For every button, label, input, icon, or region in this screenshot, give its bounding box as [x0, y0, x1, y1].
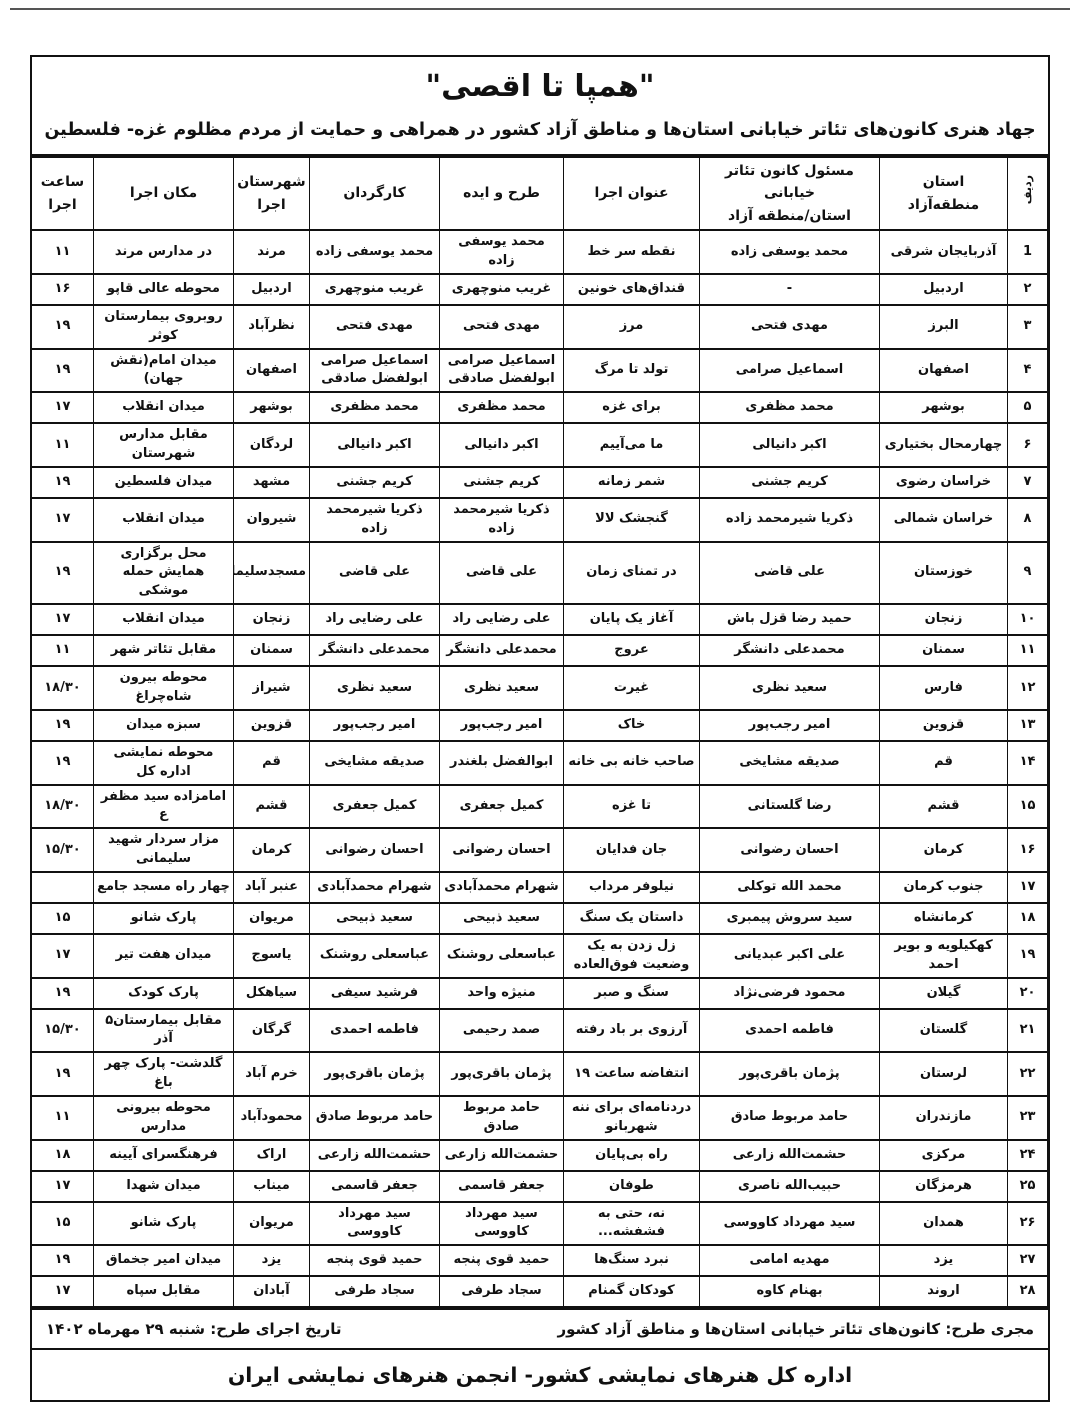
cell-director: عباسعلی روشنک: [310, 934, 440, 978]
cell-city: مشهد: [234, 467, 310, 498]
cell-manager: احسان رضوانی: [700, 828, 880, 872]
column-header-city: شهرستان اجرا: [234, 157, 310, 230]
column-header-venue: مکان اجرا: [94, 157, 234, 230]
footer-organization: اداره کل هنرهای نمایشی کشور- انجمن هنرها…: [32, 1348, 1048, 1400]
cell-title: نقطه سر خط: [564, 230, 700, 274]
cell-title: ما می‌آییم: [564, 423, 700, 467]
cell-city: خرم آباد: [234, 1052, 310, 1096]
cell-idea: امیر رجب‌پور: [440, 710, 564, 741]
cell-venue: محوطه عالی قاپو: [94, 274, 234, 305]
cell-city: قم: [234, 741, 310, 785]
cell-time: ۱۹: [32, 978, 94, 1009]
cell-time: ۱۷: [32, 934, 94, 978]
cell-director: فرشید سیفی: [310, 978, 440, 1009]
cell-manager: مهدی فتحی: [700, 305, 880, 349]
cell-venue: فرهنگسرای آیینه: [94, 1140, 234, 1171]
cell-city: مسجدسلیمان: [234, 542, 310, 605]
table-row: ۲۳مازندرانحامد مربوط صادقدردنامه‌ای برای…: [32, 1096, 1048, 1140]
cell-no: ۲: [1008, 274, 1048, 305]
cell-time: ۱۷: [32, 392, 94, 423]
cell-province: گلستان: [880, 1009, 1008, 1053]
cell-director: اکبر دانیالی: [310, 423, 440, 467]
cell-venue: میدان هفت تیر: [94, 934, 234, 978]
cell-director: شهرام محمدآبادی: [310, 872, 440, 903]
table-row: ۲۷یزدمهدیه امامینبرد سنگ‌هاحمید قوی پنجه…: [32, 1245, 1048, 1276]
cell-city: مرند: [234, 230, 310, 274]
cell-title: صاحب خانه بی خانه: [564, 741, 700, 785]
cell-province: لرستان: [880, 1052, 1008, 1096]
cell-no: ۲۴: [1008, 1140, 1048, 1171]
cell-province: بوشهر: [880, 392, 1008, 423]
cell-idea: کمیل جعفری: [440, 785, 564, 829]
cell-venue: در مدارس مرند: [94, 230, 234, 274]
cell-no: ۱۲: [1008, 666, 1048, 710]
cell-title: برای غزه: [564, 392, 700, 423]
cell-manager: امیر رجب‌پور: [700, 710, 880, 741]
cell-title: تا غزه: [564, 785, 700, 829]
cell-manager: حبیب‌الله ناصری: [700, 1171, 880, 1202]
cell-director: علی رضایی راد: [310, 604, 440, 635]
cell-province: خوزستان: [880, 542, 1008, 605]
cell-time: ۱۸/۳۰: [32, 785, 94, 829]
cell-city: میناب: [234, 1171, 310, 1202]
cell-no: ۲۵: [1008, 1171, 1048, 1202]
cell-director: کمیل جعفری: [310, 785, 440, 829]
cell-time: ۱۷: [32, 1171, 94, 1202]
cell-director: فاطمه احمدی: [310, 1009, 440, 1053]
cell-title: طوفان: [564, 1171, 700, 1202]
page-top-rule: [10, 8, 1070, 10]
table-row: ۳البرزمهدی فتحیمرزمهدی فتحیمهدی فتحینظرآ…: [32, 305, 1048, 349]
cell-manager: سید مهرداد کاووسی: [700, 1202, 880, 1246]
cell-manager: محمدعلی دانشگر: [700, 635, 880, 666]
cell-manager: اکبر دانیالی: [700, 423, 880, 467]
cell-no: ۳: [1008, 305, 1048, 349]
cell-province: آذربایجان شرقی: [880, 230, 1008, 274]
cell-venue: مقابل مدارس شهرستان: [94, 423, 234, 467]
table-row: ۱۷جنوب کرمانمحمد الله توکلینیلوفر مردابش…: [32, 872, 1048, 903]
document-sheet: "همپا تا اقصی" جهاد هنری کانون‌های تئاتر…: [30, 55, 1050, 1402]
cell-venue: میدان فلسطین: [94, 467, 234, 498]
cell-no: ۲۰: [1008, 978, 1048, 1009]
cell-venue: گلدشت- پارک چهر باغ: [94, 1052, 234, 1096]
cell-province: مازندران: [880, 1096, 1008, 1140]
cell-city: یزد: [234, 1245, 310, 1276]
cell-time: ۱۱: [32, 230, 94, 274]
cell-idea: کریم جشنی: [440, 467, 564, 498]
table-row: ۱۸کرمانشاهسید سروش پیمبریداستان یک سنگسع…: [32, 903, 1048, 934]
cell-idea: سید مهرداد کاووسی: [440, 1202, 564, 1246]
cell-time: ۱۹: [32, 1052, 94, 1096]
cell-no: ۲۸: [1008, 1276, 1048, 1307]
footer-executor: مجری طرح: کانون‌های تئاتر خیابانی استان‌…: [557, 1320, 1034, 1338]
header-row: ردیفاستان منطقه‌آزادمسئول کانون تئاتر خی…: [32, 157, 1048, 230]
cell-venue: روبروی بیمارستان کوثر: [94, 305, 234, 349]
cell-venue: میدان انقلاب: [94, 604, 234, 635]
table-row: ۲۲لرستانپژمان باقری‌پورانتفاضه ساعت ۱۹پژ…: [32, 1052, 1048, 1096]
cell-idea: محمد یوسفی زاده: [440, 230, 564, 274]
cell-time: ۱۵: [32, 1202, 94, 1246]
cell-idea: جعفر قاسمی: [440, 1171, 564, 1202]
cell-manager: رضا گلستانی: [700, 785, 880, 829]
cell-no: ۲۷: [1008, 1245, 1048, 1276]
cell-director: سید مهرداد کاووسی: [310, 1202, 440, 1246]
cell-manager: اسماعیل صرامی: [700, 349, 880, 393]
column-header-director: کارگردان: [310, 157, 440, 230]
cell-no: ۱۹: [1008, 934, 1048, 978]
cell-city: زنجان: [234, 604, 310, 635]
cell-city: قشم: [234, 785, 310, 829]
cell-title: مرز: [564, 305, 700, 349]
cell-director: امیر رجب‌پور: [310, 710, 440, 741]
table-row: ۲۰گیلانمحمود فرضی‌نژادسنگ و صبرمنیژه واح…: [32, 978, 1048, 1009]
cell-province: کرمان: [880, 828, 1008, 872]
cell-time: ۱۹: [32, 710, 94, 741]
table-row: ۲۱گلستانفاطمه احمدیآرزوی بر باد رفتهصمد …: [32, 1009, 1048, 1053]
cell-venue: محوطه نمایشی اداره کل: [94, 741, 234, 785]
cell-idea: صمد رحیمی: [440, 1009, 564, 1053]
cell-time: ۱۸: [32, 1140, 94, 1171]
cell-time: [32, 872, 94, 903]
cell-no: ۲۳: [1008, 1096, 1048, 1140]
cell-title: نبرد سنگ‌ها: [564, 1245, 700, 1276]
cell-no: 1: [1008, 230, 1048, 274]
cell-idea: سعید ذبیحی: [440, 903, 564, 934]
cell-title: راه بی‌پایان: [564, 1140, 700, 1171]
cell-title: نه، حتی به فشفشه...: [564, 1202, 700, 1246]
column-header-manager: مسئول کانون تئاتر خیابانی استان/منطقه آز…: [700, 157, 880, 230]
cell-province: البرز: [880, 305, 1008, 349]
cell-idea: منیژه واحد: [440, 978, 564, 1009]
cell-idea: ابوالفضل بلغندر: [440, 741, 564, 785]
cell-city: گرگان: [234, 1009, 310, 1053]
cell-province: کرمانشاه: [880, 903, 1008, 934]
cell-director: محمدعلی دانشگر: [310, 635, 440, 666]
cell-idea: سجاد طرفی: [440, 1276, 564, 1307]
cell-idea: اسماعیل صرامی ابولفضل صادقی: [440, 349, 564, 393]
cell-time: ۱۹: [32, 741, 94, 785]
table-row: ۲۶همدانسید مهرداد کاووسینه، حتی به فشفشه…: [32, 1202, 1048, 1246]
cell-director: اسماعیل صرامی ابولفضل صادقی: [310, 349, 440, 393]
cell-manager: مهدیه امامی: [700, 1245, 880, 1276]
cell-province: جنوب کرمان: [880, 872, 1008, 903]
cell-venue: محل برگزاری همایش حمله موشکی: [94, 542, 234, 605]
cell-province: اروند: [880, 1276, 1008, 1307]
cell-idea: حامد مربوط صادق: [440, 1096, 564, 1140]
cell-title: سنگ و صبر: [564, 978, 700, 1009]
cell-idea: علی قاضی: [440, 542, 564, 605]
cell-title: خاک: [564, 710, 700, 741]
cell-province: اردبیل: [880, 274, 1008, 305]
cell-venue: امامزاده سید مظفر ع: [94, 785, 234, 829]
page-subtitle: جهاد هنری کانون‌های تئاتر خیابانی استان‌…: [38, 120, 1042, 140]
cell-idea: شهرام محمدآبادی: [440, 872, 564, 903]
table-row: ۶چهارمحال بختیاریاکبر دانیالیما می‌آییما…: [32, 423, 1048, 467]
cell-manager: ذکریا شیرمحمد زاده: [700, 498, 880, 542]
cell-title: تولد تا مرگ: [564, 349, 700, 393]
cell-province: همدان: [880, 1202, 1008, 1246]
table-row: ۲۴مرکزیحشمت‌الله زارعیراه بی‌پایانحشمت‌ا…: [32, 1140, 1048, 1171]
cell-title: دردنامه‌ای برای ننه شهربانو: [564, 1096, 700, 1140]
cell-time: ۱۹: [32, 1245, 94, 1276]
cell-time: ۱۵/۳۰: [32, 1009, 94, 1053]
cell-idea: احسان رضوانی: [440, 828, 564, 872]
cell-time: ۱۵: [32, 903, 94, 934]
cell-venue: محوطه بیرونی مدارس: [94, 1096, 234, 1140]
cell-title: زل زدن به یک وضعیت فوق‌العاده: [564, 934, 700, 978]
cell-city: عنبر آباد: [234, 872, 310, 903]
cell-no: ۱۷: [1008, 872, 1048, 903]
cell-idea: محمدعلی دانشگر: [440, 635, 564, 666]
table-row: ۷خراسان رضویکریم جشنیشمر زمانهکریم جشنیک…: [32, 467, 1048, 498]
table-row: ۹خوزستانعلی قاضیدر تمنای زمانعلی قاضیعلی…: [32, 542, 1048, 605]
table-row: ۱۲فارسسعید نظریغیرتسعید نظریسعید نظریشیر…: [32, 666, 1048, 710]
column-header-time: ساعت اجرا: [32, 157, 94, 230]
cell-time: ۱۷: [32, 604, 94, 635]
cell-time: ۱۵/۳۰: [32, 828, 94, 872]
cell-title: جان فدایان: [564, 828, 700, 872]
cell-manager: سید سروش پیمبری: [700, 903, 880, 934]
cell-venue: میدان امیر جخماق: [94, 1245, 234, 1276]
cell-title: داستان یک سنگ: [564, 903, 700, 934]
cell-idea: عباسعلی روشنک: [440, 934, 564, 978]
cell-director: جعفر قاسمی: [310, 1171, 440, 1202]
cell-no: ۶: [1008, 423, 1048, 467]
cell-no: ۱۰: [1008, 604, 1048, 635]
cell-province: سمنان: [880, 635, 1008, 666]
table-row: ۱۹کهکیلویه و بویر احمدعلی اکبر عبدیانیزل…: [32, 934, 1048, 978]
cell-city: اردبیل: [234, 274, 310, 305]
cell-manager: علی قاضی: [700, 542, 880, 605]
cell-director: حامد مربوط صادق: [310, 1096, 440, 1140]
cell-director: پژمان باقری‌پور: [310, 1052, 440, 1096]
table-row: ۲اردبیل-قنداق‌های خونینغریب منوچهریغریب …: [32, 274, 1048, 305]
cell-city: یاسوج: [234, 934, 310, 978]
cell-director: احسان رضوانی: [310, 828, 440, 872]
cell-idea: مهدی فتحی: [440, 305, 564, 349]
cell-manager: محمود فرضی‌نژاد: [700, 978, 880, 1009]
cell-province: گیلان: [880, 978, 1008, 1009]
cell-venue: سبزه میدان: [94, 710, 234, 741]
cell-director: سجاد طرفی: [310, 1276, 440, 1307]
cell-no: ۲۶: [1008, 1202, 1048, 1246]
cell-director: محمد مظفری: [310, 392, 440, 423]
title-block: "همپا تا اقصی" جهاد هنری کانون‌های تئاتر…: [32, 57, 1048, 156]
cell-time: ۱۱: [32, 635, 94, 666]
table-row: ۵بوشهرمحمد مظفریبرای غزهمحمد مظفریمحمد م…: [32, 392, 1048, 423]
cell-no: ۲۱: [1008, 1009, 1048, 1053]
cell-no: ۲۲: [1008, 1052, 1048, 1096]
cell-city: محمودآباد: [234, 1096, 310, 1140]
cell-venue: محوطه بیرون شاه‌چراغ: [94, 666, 234, 710]
cell-venue: میدان انقلاب: [94, 498, 234, 542]
cell-no: ۱۶: [1008, 828, 1048, 872]
cell-venue: پارک شانو: [94, 1202, 234, 1246]
cell-manager: -: [700, 274, 880, 305]
cell-manager: حشمت‌الله زارعی: [700, 1140, 880, 1171]
column-header-idea: طرح و ایده: [440, 157, 564, 230]
cell-venue: چهار راه مسجد جامع: [94, 872, 234, 903]
cell-venue: میدان انقلاب: [94, 392, 234, 423]
table-row: ۱۱سمنانمحمدعلی دانشگرعروجمحمدعلی دانشگرم…: [32, 635, 1048, 666]
cell-no: ۱۱: [1008, 635, 1048, 666]
cell-no: ۵: [1008, 392, 1048, 423]
cell-venue: پارک شانو: [94, 903, 234, 934]
cell-city: اصفهان: [234, 349, 310, 393]
table-row: ۲۸اروندبهنام کاوهکودکان گمنامسجاد طرفیسج…: [32, 1276, 1048, 1307]
cell-city: نظرآباد: [234, 305, 310, 349]
cell-no: ۱۴: [1008, 741, 1048, 785]
cell-venue: میدان امام(نقش جهان): [94, 349, 234, 393]
cell-province: فارس: [880, 666, 1008, 710]
cell-venue: پارک کودک: [94, 978, 234, 1009]
table-row: ۱۶کرماناحسان رضوانیجان فدایاناحسان رضوان…: [32, 828, 1048, 872]
cell-venue: میدان شهدا: [94, 1171, 234, 1202]
cell-director: کریم جشنی: [310, 467, 440, 498]
table-row: ۴اصفهاناسماعیل صرامیتولد تا مرگاسماعیل ص…: [32, 349, 1048, 393]
table-row: 1آذربایجان شرقیمحمد یوسفی زادهنقطه سر خط…: [32, 230, 1048, 274]
cell-title: آغاز یک پایان: [564, 604, 700, 635]
cell-idea: غریب منوچهری: [440, 274, 564, 305]
cell-city: قزوین: [234, 710, 310, 741]
column-header-no: ردیف: [1008, 157, 1048, 230]
cell-province: خراسان رضوی: [880, 467, 1008, 498]
cell-province: کهکیلویه و بویر احمد: [880, 934, 1008, 978]
cell-manager: بهنام کاوه: [700, 1276, 880, 1307]
cell-time: ۱۱: [32, 423, 94, 467]
page-title: "همپا تا اقصی": [38, 67, 1042, 106]
cell-province: هرمزگان: [880, 1171, 1008, 1202]
cell-title: در تمنای زمان: [564, 542, 700, 605]
cell-title: غیرت: [564, 666, 700, 710]
cell-manager: حامد مربوط صادق: [700, 1096, 880, 1140]
cell-venue: مقابل تئاتر شهر: [94, 635, 234, 666]
cell-province: یزد: [880, 1245, 1008, 1276]
table-row: ۱۴قمصدیقه مشایخیصاحب خانه بی خانهابوالفض…: [32, 741, 1048, 785]
cell-province: زنجان: [880, 604, 1008, 635]
cell-no: ۱۸: [1008, 903, 1048, 934]
cell-manager: حمید رضا قزل باش: [700, 604, 880, 635]
cell-title: انتفاضه ساعت ۱۹: [564, 1052, 700, 1096]
cell-no: ۹: [1008, 542, 1048, 605]
cell-time: ۱۷: [32, 1276, 94, 1307]
table-row: ۸خراسان شمالیذکریا شیرمحمد زادهگنجشک لال…: [32, 498, 1048, 542]
cell-time: ۱۹: [32, 349, 94, 393]
cell-director: ذکریا شیرمحمد زاده: [310, 498, 440, 542]
cell-time: ۱۸/۳۰: [32, 666, 94, 710]
cell-title: کودکان گمنام: [564, 1276, 700, 1307]
cell-director: غریب منوچهری: [310, 274, 440, 305]
cell-title: شمر زمانه: [564, 467, 700, 498]
cell-director: حمید قوی پنجه: [310, 1245, 440, 1276]
cell-manager: محمد مظفری: [700, 392, 880, 423]
cell-city: شیراز: [234, 666, 310, 710]
cell-title: قنداق‌های خونین: [564, 274, 700, 305]
cell-director: سعید ذبیحی: [310, 903, 440, 934]
cell-idea: سعید نظری: [440, 666, 564, 710]
cell-city: لردگان: [234, 423, 310, 467]
cell-manager: سعید نظری: [700, 666, 880, 710]
cell-manager: محمد الله توکلی: [700, 872, 880, 903]
cell-director: محمد یوسفی زاده: [310, 230, 440, 274]
cell-city: سیاهکل: [234, 978, 310, 1009]
footer-date: تاریخ اجرای طرح: شنبه ۲۹ مهرماه ۱۴۰۲: [46, 1320, 341, 1338]
cell-province: اصفهان: [880, 349, 1008, 393]
cell-idea: محمد مظفری: [440, 392, 564, 423]
cell-city: مریوان: [234, 1202, 310, 1246]
table-row: ۱۳قزوینامیر رجب‌پورخاکامیر رجب‌پورامیر ر…: [32, 710, 1048, 741]
cell-director: مهدی فتحی: [310, 305, 440, 349]
cell-idea: علی رضایی راد: [440, 604, 564, 635]
cell-title: آرزوی بر باد رفته: [564, 1009, 700, 1053]
cell-province: قشم: [880, 785, 1008, 829]
cell-province: قزوین: [880, 710, 1008, 741]
cell-manager: پژمان باقری‌پور: [700, 1052, 880, 1096]
cell-no: ۱۵: [1008, 785, 1048, 829]
cell-director: صدیقه مشایخی: [310, 741, 440, 785]
cell-city: بوشهر: [234, 392, 310, 423]
cell-manager: علی اکبر عبدیانی: [700, 934, 880, 978]
cell-time: ۱۷: [32, 498, 94, 542]
table-body: 1آذربایجان شرقیمحمد یوسفی زادهنقطه سر خط…: [32, 230, 1048, 1307]
cell-director: حشمت‌الله زارعی: [310, 1140, 440, 1171]
cell-city: شیروان: [234, 498, 310, 542]
cell-province: خراسان شمالی: [880, 498, 1008, 542]
table-header: ردیفاستان منطقه‌آزادمسئول کانون تئاتر خی…: [32, 157, 1048, 230]
footer-row: مجری طرح: کانون‌های تئاتر خیابانی استان‌…: [32, 1308, 1048, 1348]
cell-manager: محمد یوسفی زاده: [700, 230, 880, 274]
cell-time: ۱۹: [32, 467, 94, 498]
cell-title: نیلوفر مرداب: [564, 872, 700, 903]
cell-city: آبادان: [234, 1276, 310, 1307]
cell-manager: صدیقه مشایخی: [700, 741, 880, 785]
cell-province: قم: [880, 741, 1008, 785]
cell-idea: حمید قوی پنجه: [440, 1245, 564, 1276]
cell-title: عروج: [564, 635, 700, 666]
performances-table: ردیفاستان منطقه‌آزادمسئول کانون تئاتر خی…: [31, 156, 1048, 1308]
cell-no: ۱۳: [1008, 710, 1048, 741]
table-row: ۱۵قشمرضا گلستانیتا غزهکمیل جعفریکمیل جعف…: [32, 785, 1048, 829]
cell-idea: پژمان باقری‌پور: [440, 1052, 564, 1096]
cell-city: کرمان: [234, 828, 310, 872]
cell-time: ۱۶: [32, 274, 94, 305]
cell-idea: حشمت‌الله زارعی: [440, 1140, 564, 1171]
cell-city: سمنان: [234, 635, 310, 666]
cell-time: ۱۹: [32, 542, 94, 605]
cell-province: مرکزی: [880, 1140, 1008, 1171]
cell-city: اراک: [234, 1140, 310, 1171]
table-row: ۱۰زنجانحمید رضا قزل باشآغاز یک پایانعلی …: [32, 604, 1048, 635]
cell-manager: فاطمه احمدی: [700, 1009, 880, 1053]
cell-no: ۷: [1008, 467, 1048, 498]
cell-no: ۴: [1008, 349, 1048, 393]
cell-no: ۸: [1008, 498, 1048, 542]
cell-idea: ذکریا شیرمحمد زاده: [440, 498, 564, 542]
cell-province: چهارمحال بختیاری: [880, 423, 1008, 467]
cell-venue: مقابل بیمارستان۵ آذر: [94, 1009, 234, 1053]
cell-time: ۱۹: [32, 305, 94, 349]
cell-venue: مزار سردار شهید سلیمانی: [94, 828, 234, 872]
column-header-title: عنوان اجرا: [564, 157, 700, 230]
cell-venue: مقابل سپاه: [94, 1276, 234, 1307]
cell-idea: اکبر دانیالی: [440, 423, 564, 467]
cell-director: سعید نظری: [310, 666, 440, 710]
cell-director: علی قاضی: [310, 542, 440, 605]
cell-title: گنجشک لالا: [564, 498, 700, 542]
cell-city: مریوان: [234, 903, 310, 934]
cell-time: ۱۱: [32, 1096, 94, 1140]
column-header-province: استان منطقه‌آزاد: [880, 157, 1008, 230]
